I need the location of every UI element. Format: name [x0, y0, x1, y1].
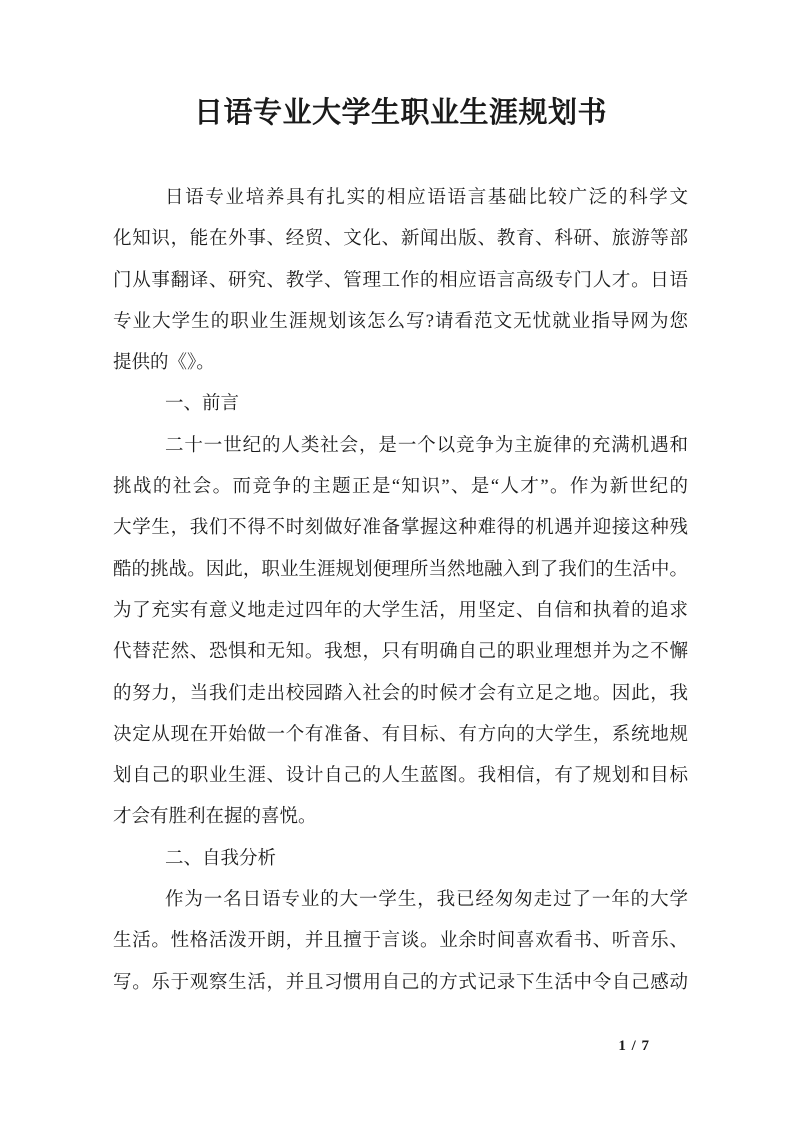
body-line: 决定从现在开始做一个有准备、有目标、有方向的大学生，系统地规 [113, 715, 688, 756]
body-line: 大学生，我们不得不时刻做好准备掌握这种难得的机遇并迎接这种残 [113, 508, 688, 549]
document-body: 日语专业培养具有扎实的相应语语言基础比较广泛的科学文化知识，能在外事、经贸、文化… [113, 178, 688, 1004]
body-line: 二十一世纪的人类社会，是一个以竞争为主旋律的充满机遇和 [113, 426, 688, 467]
document-title: 日语专业大学生职业生涯规划书 [113, 92, 688, 134]
body-line: 化知识，能在外事、经贸、文化、新闻出版、教育、科研、旅游等部 [113, 219, 688, 260]
body-line: 二、自我分析 [113, 839, 688, 880]
document-page: 日语专业大学生职业生涯规划书 日语专业培养具有扎实的相应语语言基础比较广泛的科学… [0, 0, 793, 1122]
body-line: 划自己的职业生涯、设计自己的人生蓝图。我相信，有了规划和目标 [113, 756, 688, 797]
body-line: 提供的《》。 [113, 343, 688, 384]
body-line: 写。乐于观察生活，并且习惯用自己的方式记录下生活中令自己感动 [113, 963, 688, 1004]
body-line: 为了充实有意义地走过四年的大学生活，用坚定、自信和执着的追求 [113, 591, 688, 632]
page-number: 1 / 7 [618, 1038, 650, 1055]
body-line: 一、前言 [113, 384, 688, 425]
body-line: 代替茫然、恐惧和无知。我想，只有明确自己的职业理想并为之不懈 [113, 632, 688, 673]
body-line: 的努力，当我们走出校园踏入社会的时候才会有立足之地。因此，我 [113, 674, 688, 715]
body-line: 门从事翻译、研究、教学、管理工作的相应语言高级专门人才。日语 [113, 261, 688, 302]
body-line: 日语专业培养具有扎实的相应语语言基础比较广泛的科学文 [113, 178, 688, 219]
body-line: 挑战的社会。而竞争的主题正是“知识”、是“人才”。作为新世纪的 [113, 467, 688, 508]
body-line: 作为一名日语专业的大一学生，我已经匆匆走过了一年的大学 [113, 880, 688, 921]
body-line: 酷的挑战。因此，职业生涯规划便理所当然地融入到了我们的生活中。 [113, 550, 688, 591]
body-line: 才会有胜利在握的喜悦。 [113, 797, 688, 838]
body-line: 专业大学生的职业生涯规划该怎么写?请看范文无忧就业指导网为您 [113, 302, 688, 343]
body-line: 生活。性格活泼开朗，并且擅于言谈。业余时间喜欢看书、听音乐、 [113, 921, 688, 962]
